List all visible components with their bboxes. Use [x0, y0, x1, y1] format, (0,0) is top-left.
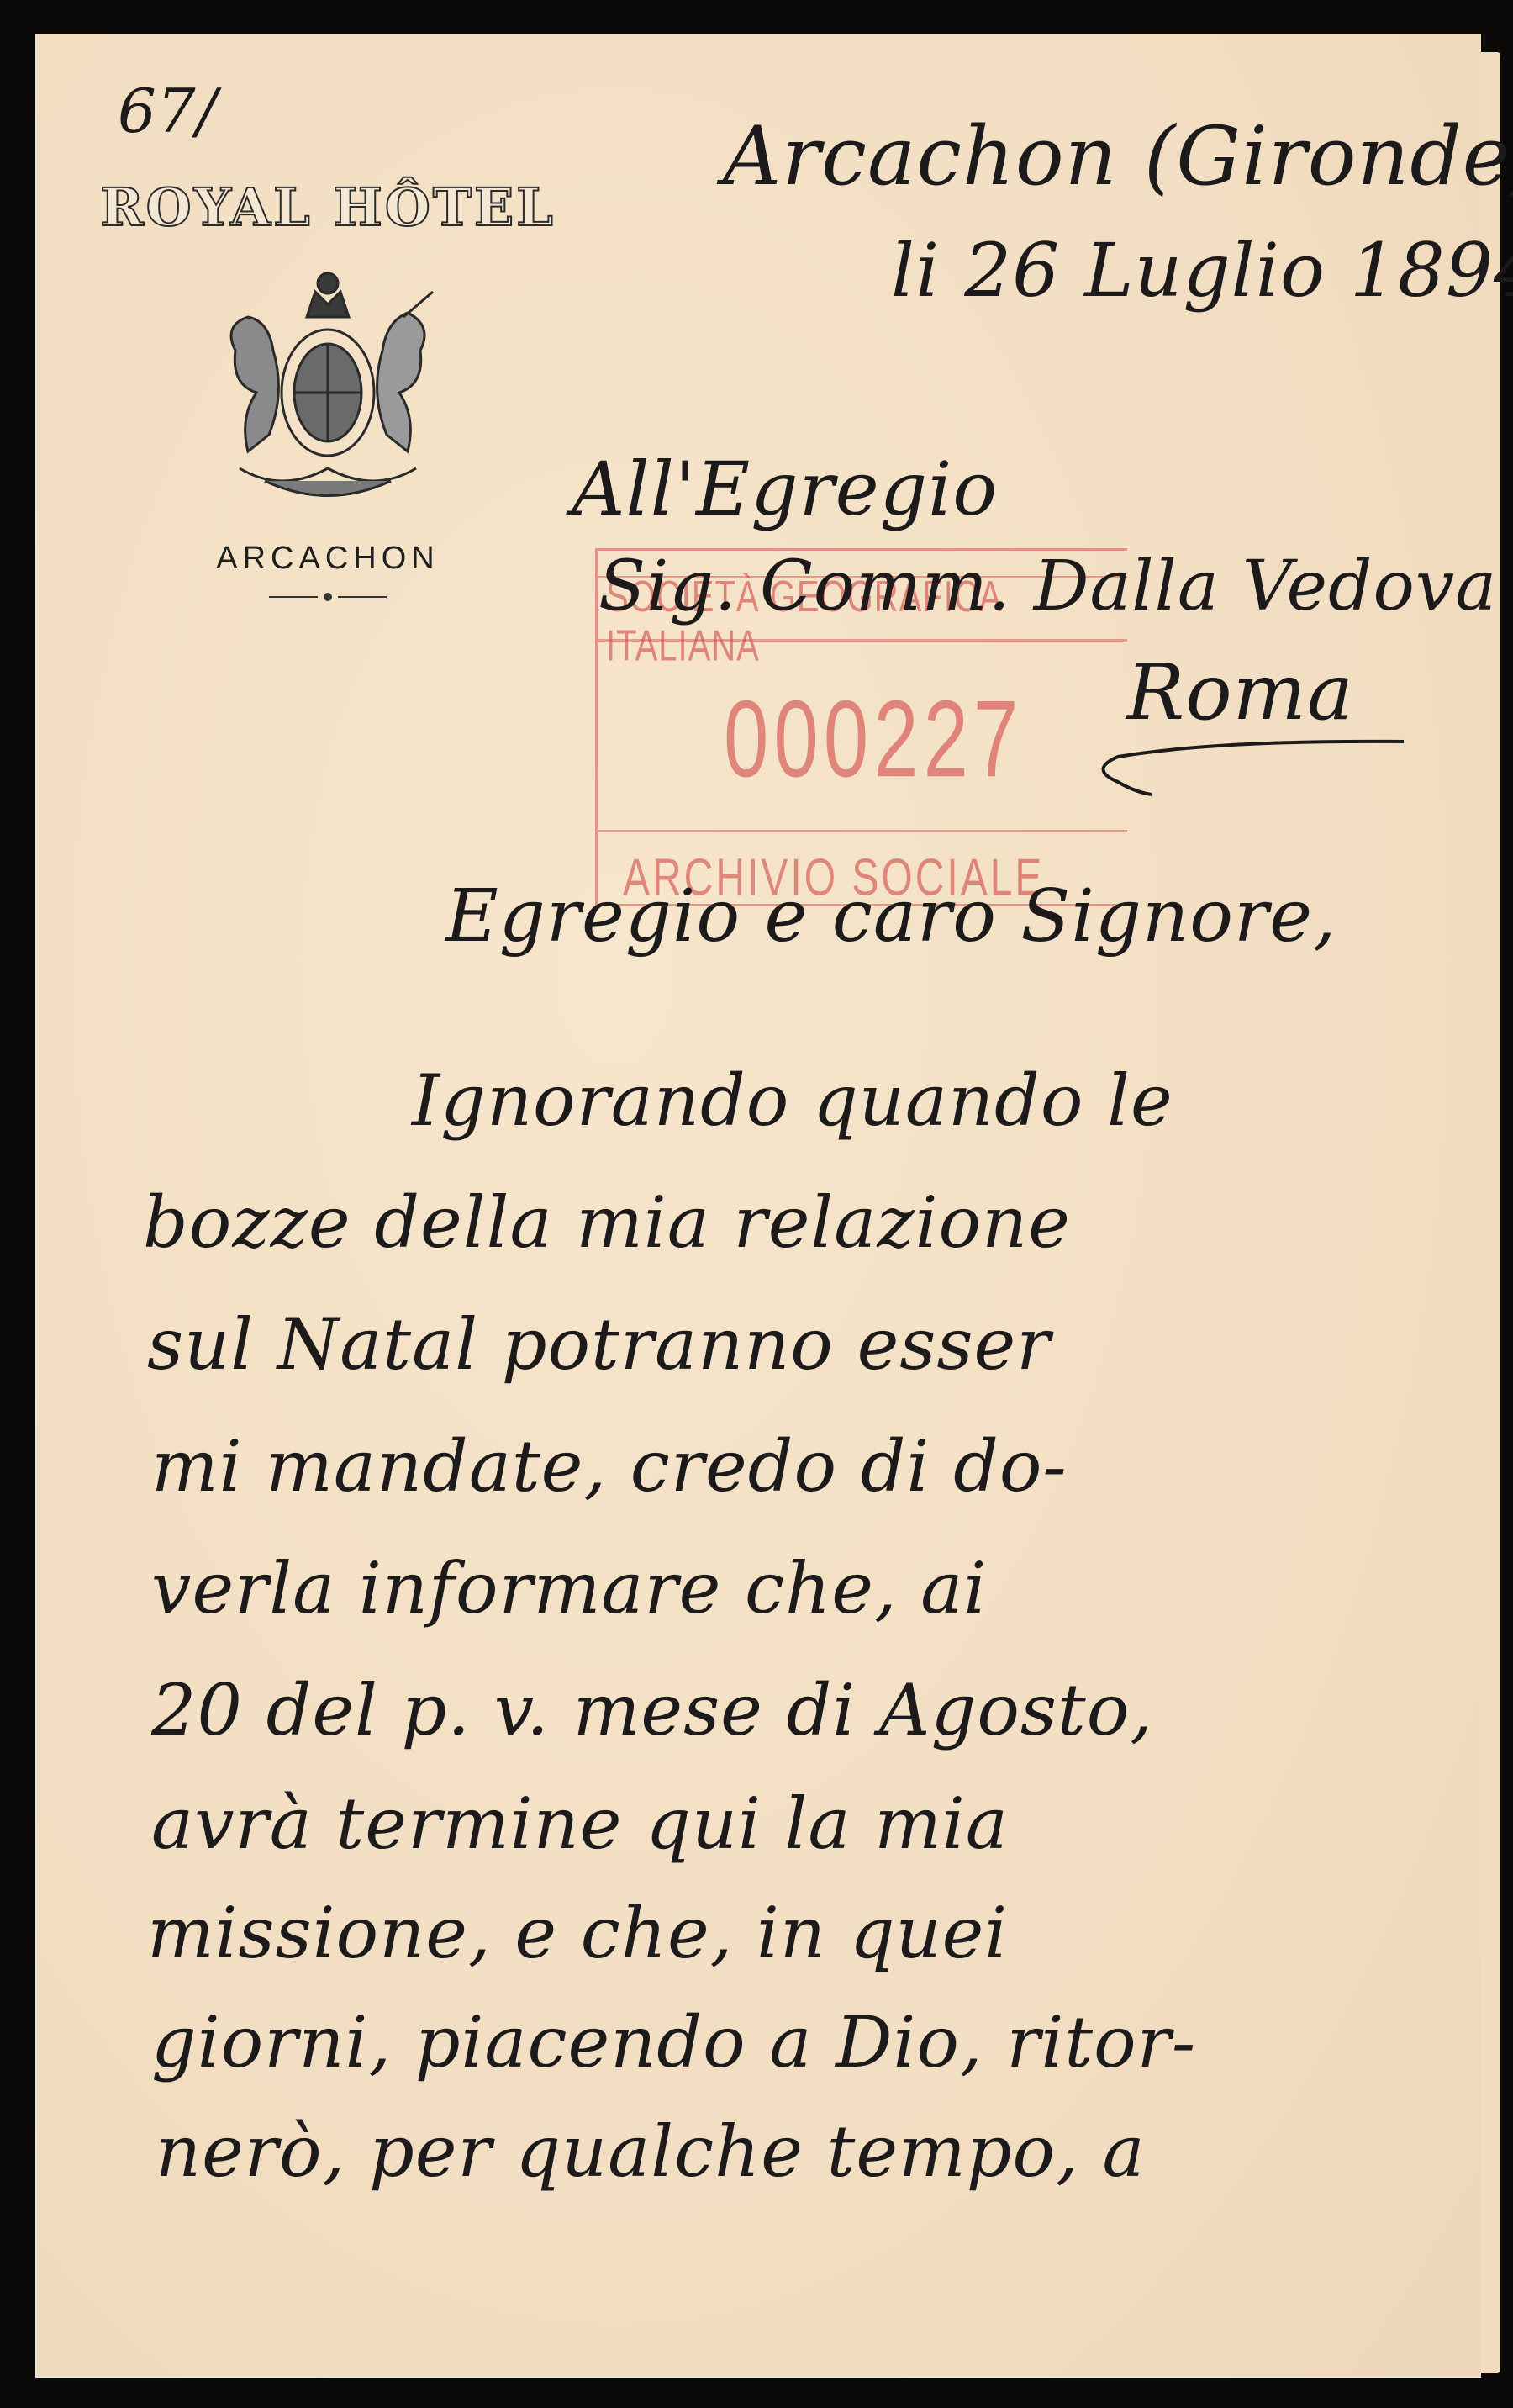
address-line-2: Sig. Comm. Dalla Vedova: [598, 547, 1497, 626]
coat-of-arms-icon: [189, 258, 467, 510]
address-line-1: All'Egregio: [572, 446, 998, 532]
body-line: avrà termine qui la mia: [151, 1782, 1009, 1865]
hotel-city: ARCACHON: [92, 541, 563, 577]
letterhead: ROYAL HÔTEL ARCACHON: [92, 177, 563, 604]
body-line: Ignorando quando le: [412, 1059, 1173, 1142]
hotel-name: ROYAL HÔTEL: [92, 177, 563, 238]
body-line: giorni, piacendo a Dio, ritor-: [151, 2001, 1196, 2083]
ornament-divider-icon: [269, 590, 387, 604]
salutation: Egregio e caro Signore,: [445, 874, 1336, 958]
body-line: sul Natal potranno esser: [147, 1303, 1051, 1386]
place-line: Arcachon (Gironde): [723, 109, 1513, 203]
date-line: li 26 Luglio 1894: [891, 227, 1513, 314]
body-line: missione, e che, in quei: [147, 1892, 1008, 1974]
body-line: 20 del p. v. mese di Agosto,: [151, 1669, 1153, 1751]
address-line-3: Roma: [1126, 647, 1354, 737]
body-line: bozze della mia relazione: [143, 1181, 1071, 1264]
stamp-number: 000227: [724, 678, 1023, 803]
body-line: mi mandate, credo di do-: [151, 1425, 1068, 1508]
body-line: verla informare che, ai: [151, 1547, 987, 1629]
body-line: nerò, per qualche tempo, a: [156, 2110, 1146, 2193]
archive-number: 67/: [118, 76, 218, 146]
flourish-underline-icon: [1093, 731, 1412, 799]
